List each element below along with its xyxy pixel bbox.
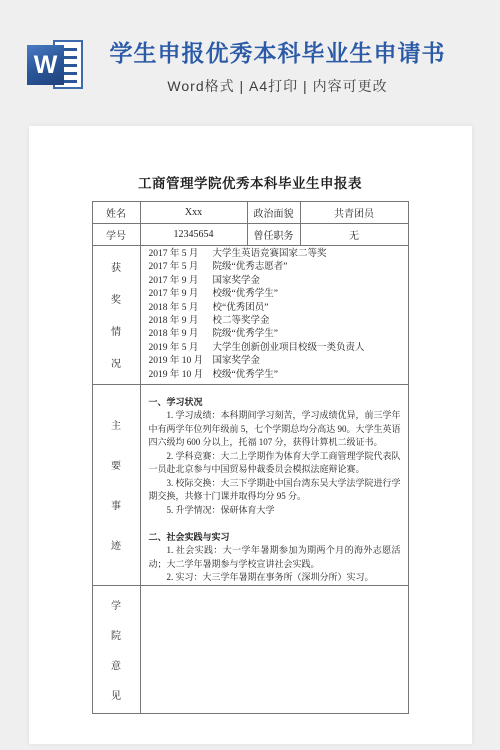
student-id-label: 学号: [92, 223, 140, 245]
deed-paragraph: 2. 实习：大三学年暑期在事务所（深圳分所）实习。: [149, 571, 401, 585]
award-date: 2017 年 9 月: [149, 288, 213, 301]
vertical-label-char: 意: [111, 657, 121, 672]
award-list: 2017 年 5 月大学生英语竞赛国家二等奖2017 年 5 月院级“优秀志愿者…: [141, 246, 408, 384]
vertical-label-char: 学: [111, 597, 121, 612]
deed-paragraph: 1. 学习成绩：本科期间学习刻苦，学习成绩优异，前三学年中有两学年位列年级前 5…: [149, 409, 401, 450]
award-item: 2017 年 9 月国家奖学金: [149, 275, 406, 288]
award-date: 2019 年 5 月: [149, 342, 213, 355]
political-status-value: 共青团员: [300, 201, 408, 223]
document-page: 工商管理学院优秀本科毕业生申报表 姓名 Xxx 政治面貌 共青团员 学号 123…: [29, 126, 472, 744]
table-row: 学院意见: [92, 585, 408, 713]
vertical-label-char: 情: [111, 323, 121, 338]
word-icon-letter: W: [27, 45, 64, 85]
award-item: 2017 年 9 月校级“优秀学生”: [149, 288, 406, 301]
award-name: 校级“优秀学生”: [213, 288, 278, 301]
promo-subtitle: Word格式 | A4打印 | 内容可更改: [83, 76, 472, 96]
award-item: 2017 年 5 月院级“优秀志愿者”: [149, 261, 406, 274]
form-title: 工商管理学院优秀本科毕业生申报表: [29, 126, 472, 192]
award-name: 校“优秀团员”: [213, 302, 269, 315]
political-status-label: 政治面貌: [247, 201, 300, 223]
student-id-value: 12345654: [140, 223, 247, 245]
deeds-cell: 一、学习状况1. 学习成绩：本科期间学习刻苦，学习成绩优异，前三学年中有两学年位…: [140, 384, 408, 585]
award-item: 2019 年 5 月大学生创新创业项目校级一类负责人: [149, 342, 406, 355]
award-date: 2017 年 5 月: [149, 248, 213, 261]
award-date: 2017 年 5 月: [149, 261, 213, 274]
deed-paragraph: 2. 学科竞赛：大二上学期作为体育大学工商管理学院代表队一员赴北京参与中国贸易仲…: [149, 450, 401, 477]
promo-header: W 学生申报优秀本科毕业生申请书 Word格式 | A4打印 | 内容可更改: [0, 0, 500, 96]
header-text: 学生申报优秀本科毕业生申请书 Word格式 | A4打印 | 内容可更改: [83, 39, 472, 96]
vertical-label-char: 迹: [111, 537, 121, 552]
former-position-value: 无: [300, 223, 408, 245]
vertical-label-char: 获: [111, 259, 121, 274]
award-item: 2018 年 5 月校“优秀团员”: [149, 302, 406, 315]
award-name: 大学生创新创业项目校级一类负责人: [213, 342, 365, 355]
deed-paragraph: 5. 升学情况：保研体育大学: [149, 504, 401, 518]
application-table: 姓名 Xxx 政治面貌 共青团员 学号 12345654 曾任职务 无 获奖情况…: [92, 201, 409, 714]
word-icon: W: [27, 38, 83, 92]
award-date: 2018 年 9 月: [149, 328, 213, 341]
vertical-label-char: 奖: [111, 291, 121, 306]
award-name: 院级“优秀志愿者”: [213, 261, 288, 274]
award-name: 院级“优秀学生”: [213, 328, 278, 341]
table-row: 主要事迹 一、学习状况1. 学习成绩：本科期间学习刻苦，学习成绩优异，前三学年中…: [92, 384, 408, 585]
vertical-label-char: 见: [111, 687, 121, 702]
award-name: 校二等奖学金: [213, 315, 270, 328]
award-date: 2018 年 5 月: [149, 302, 213, 315]
award-date: 2019 年 10 月: [149, 355, 213, 368]
vertical-label-char: 主: [111, 417, 121, 432]
award-name: 国家奖学金: [213, 275, 261, 288]
deed-section-heading: 二、社会实践与实习: [149, 531, 401, 545]
page-background: W 学生申报优秀本科毕业生申请书 Word格式 | A4打印 | 内容可更改 工…: [0, 0, 500, 750]
deeds-content: 一、学习状况1. 学习成绩：本科期间学习刻苦，学习成绩优异，前三学年中有两学年位…: [141, 385, 408, 585]
award-date: 2017 年 9 月: [149, 275, 213, 288]
award-date: 2019 年 10 月: [149, 369, 213, 382]
opinion-label: 学院意见: [92, 585, 140, 713]
name-value: Xxx: [140, 201, 247, 223]
table-row: 学号 12345654 曾任职务 无: [92, 223, 408, 245]
table-row: 获奖情况 2017 年 5 月大学生英语竞赛国家二等奖2017 年 5 月院级“…: [92, 245, 408, 384]
award-item: 2018 年 9 月院级“优秀学生”: [149, 328, 406, 341]
awards-label: 获奖情况: [92, 245, 140, 384]
award-item: 2017 年 5 月大学生英语竞赛国家二等奖: [149, 248, 406, 261]
deeds-label: 主要事迹: [92, 384, 140, 585]
award-name: 国家奖学金: [213, 355, 261, 368]
award-date: 2018 年 9 月: [149, 315, 213, 328]
award-item: 2018 年 9 月校二等奖学金: [149, 315, 406, 328]
award-item: 2019 年 10 月校级“优秀学生”: [149, 369, 406, 382]
former-position-label: 曾任职务: [247, 223, 300, 245]
vertical-label-char: 要: [111, 457, 121, 472]
table-row: 姓名 Xxx 政治面貌 共青团员: [92, 201, 408, 223]
awards-cell: 2017 年 5 月大学生英语竞赛国家二等奖2017 年 5 月院级“优秀志愿者…: [140, 245, 408, 384]
vertical-label-char: 院: [111, 627, 121, 642]
opinion-cell: [140, 585, 408, 713]
deed-paragraph: 1. 社会实践：大一学年暑期参加为期两个月的海外志愿活动；大二学年暑期参与学校宣…: [149, 544, 401, 571]
deed-paragraph: 3. 校际交换：大三下学期赴中国台湾东吴大学法学院进行学期交换，共修十门课并取得…: [149, 477, 401, 504]
vertical-label-char: 事: [111, 497, 121, 512]
vertical-label-char: 况: [111, 355, 121, 370]
promo-title: 学生申报优秀本科毕业生申请书: [83, 39, 472, 69]
deed-section-heading: 一、学习状况: [149, 396, 401, 410]
award-item: 2019 年 10 月国家奖学金: [149, 355, 406, 368]
award-name: 大学生英语竞赛国家二等奖: [213, 248, 327, 261]
award-name: 校级“优秀学生”: [213, 369, 278, 382]
name-label: 姓名: [92, 201, 140, 223]
